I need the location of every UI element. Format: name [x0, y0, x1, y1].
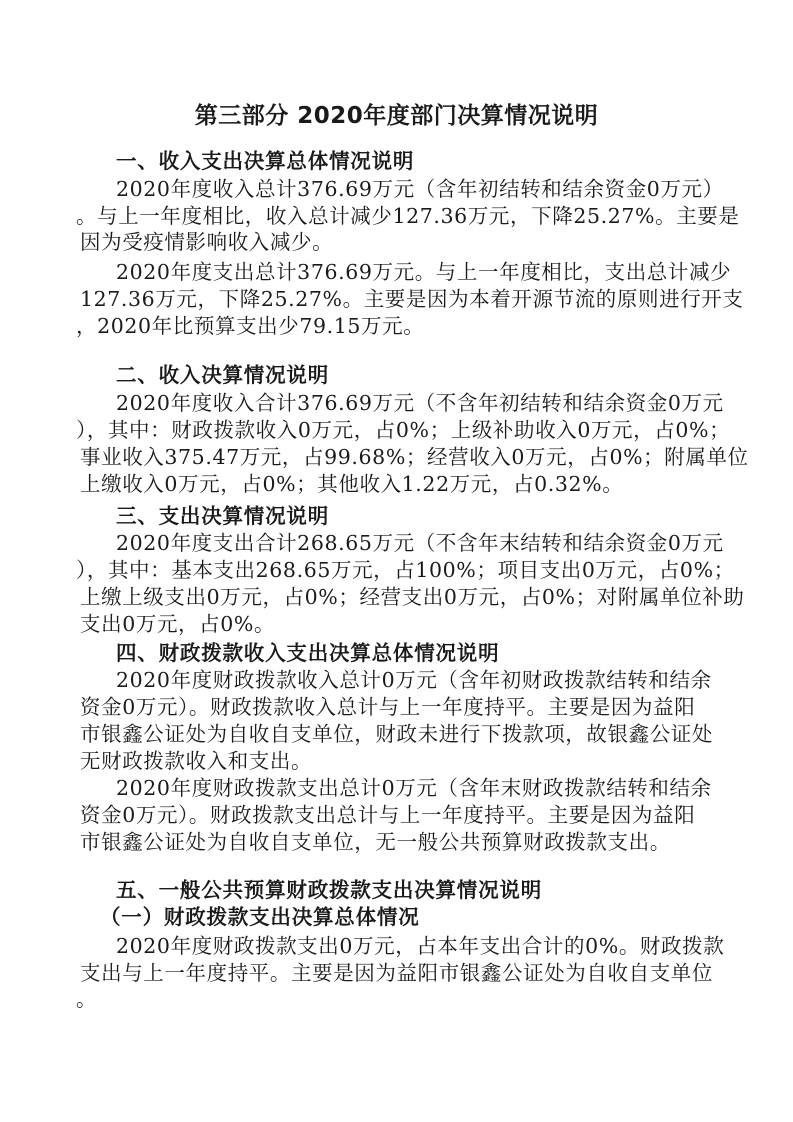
section-2-line: 2020年度收入合计376.69万元（不含年初结转和结余资金0万元: [116, 390, 756, 416]
section-3-line: 上缴上级支出0万元，占0%；经营支出0万元，占0%；对附属单位补助: [80, 584, 720, 610]
section-5-line: 。: [76, 986, 716, 1012]
section-3-line: ），其中：基本支出268.65万元，占100%；项目支出0万元，占0%；: [76, 557, 716, 583]
document-page: 第三部分 2020年度部门决算情况说明 一、收入支出决算总体情况说明 2020年…: [0, 0, 793, 1122]
section-2-line: 事业收入375.47万元，占99.68%；经营收入0万元，占0%；附属单位: [80, 444, 720, 470]
section-3-line: 2020年度支出合计268.65万元（不含年末结转和结余资金0万元: [116, 530, 756, 556]
section-4-heading: 四、财政拨款收入支出决算总体情况说明: [116, 640, 756, 666]
section-5-heading: 五、一般公共预算财政拨款支出决算情况说明: [116, 877, 756, 903]
section-1-heading: 一、收入支出决算总体情况说明: [116, 148, 756, 174]
section-5-subheading: （一）财政拨款支出决算总体情况: [100, 904, 740, 930]
section-2-line: ），其中：财政拨款收入0万元，占0%；上级补助收入0万元，占0%；: [76, 417, 716, 443]
section-1-line: 2020年度收入总计376.69万元（含年初结转和结余资金0万元）: [116, 176, 756, 202]
section-4-line: 市银鑫公证处为自收自支单位，财政未进行下拨款项，故银鑫公证处: [80, 721, 720, 747]
section-4-line: 资金0万元）。财政拨款支出总计与上一年度持平。主要是因为益阳: [80, 802, 720, 828]
section-1-line: 127.36万元，下降25.27%。主要是因为本着开源节流的原则进行开支: [80, 286, 720, 312]
section-1-line: ，2020年比预算支出少79.15万元。: [76, 313, 716, 339]
section-5-line: 2020年度财政拨款支出0万元，占本年支出合计的0%。财政拨款: [116, 933, 756, 959]
section-4-line: 资金0万元）。财政拨款收入总计与上一年度持平。主要是因为益阳: [80, 694, 720, 720]
section-4-line: 市银鑫公证处为自收自支单位，无一般公共预算财政拨款支出。: [80, 829, 720, 855]
section-2-heading: 二、收入决算情况说明: [116, 362, 756, 388]
section-1-line: 因为受疫情影响收入减少。: [80, 229, 720, 255]
section-4-line: 无财政拨款收入和支出。: [80, 748, 720, 774]
section-2-line: 上缴收入0万元，占0%；其他收入1.22万元，占0.32%。: [80, 471, 720, 497]
section-4-line: 2020年度财政拨款支出总计0万元（含年末财政拨款结转和结余: [116, 775, 756, 801]
section-4-line: 2020年度财政拨款收入总计0万元（含年初财政拨款结转和结余: [116, 667, 756, 693]
section-1-line: 。与上一年度相比，收入总计减少127.36万元，下降25.27%。主要是: [76, 203, 716, 229]
section-5-line: 支出与上一年度持平。主要是因为益阳市银鑫公证处为自收自支单位: [80, 960, 720, 986]
section-3-line: 支出0万元，占0%。: [80, 611, 720, 637]
section-3-heading: 三、支出决算情况说明: [116, 503, 756, 529]
document-title: 第三部分 2020年度部门决算情况说明: [0, 97, 793, 130]
section-1-line: 2020年度支出总计376.69万元。与上一年度相比，支出总计减少: [116, 259, 756, 285]
